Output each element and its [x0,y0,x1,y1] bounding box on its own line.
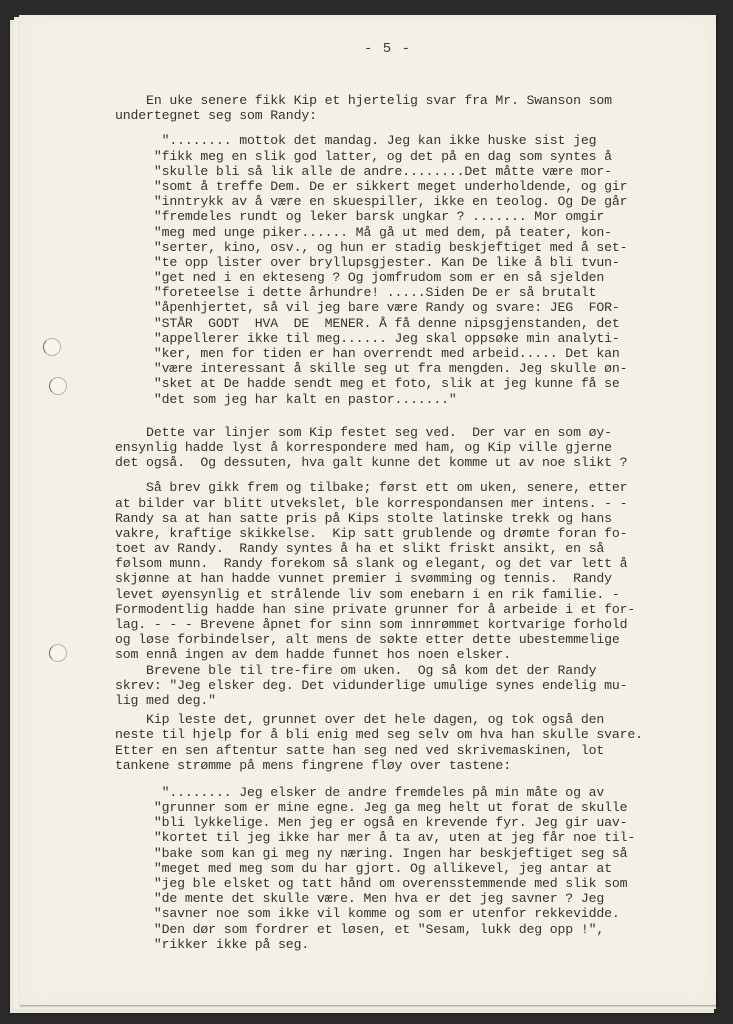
text-line: "åpenhjertet, så vil jeg bare være Randy… [115,300,695,315]
text-line: Så brev gikk frem og tilbake; først ett … [115,480,695,495]
text-line: "bake som kan gi meg ny næring. Ingen ha… [115,846,695,861]
paragraph-spacer [115,123,695,133]
text-line: "kortet til jeg ikke har mer å ta av, ut… [115,830,695,845]
text-line: vakre, kraftige skikkelse. Kip satt grub… [115,526,695,541]
text-line: det også. Og dessuten, hva galt kunne de… [115,455,695,470]
text-line: "jeg ble elsket og tatt hånd om overenss… [115,876,695,891]
text-line: "STÅR GODT HVA DE MENER. Å få denne nips… [115,316,695,331]
text-line: "bli lykkelige. Men jeg er også en kreve… [115,815,695,830]
text-line: "te opp lister over bryllupsgjester. Kan… [115,255,695,270]
text-line: "meg med unge piker...... Må gå ut med d… [115,225,695,240]
text-line: "appellerer ikke til meg...... Jeg skal … [115,331,695,346]
text-line: "være interessant å skille seg ut fra me… [115,361,695,376]
text-line: En uke senere fikk Kip et hjertelig svar… [115,93,695,108]
text-line: Formodentlig hadde han sine private grun… [115,602,695,617]
text-line: "sket at De hadde sendt meg et foto, sli… [115,376,695,391]
punch-hole-icon [43,338,61,356]
document-page: - 5 - En uke senere fikk Kip et hjerteli… [19,15,716,1005]
document-body: En uke senere fikk Kip et hjertelig svar… [115,93,695,952]
text-line: Dette var linjer som Kip festet seg ved.… [115,425,695,440]
text-line: "de mente det skulle være. Men hva er de… [115,891,695,906]
text-line: skrev: "Jeg elsker deg. Det vidunderlige… [115,678,695,693]
text-line: og løse forbindelser, alt mens de søkte … [115,632,695,647]
punch-hole-icon [49,377,67,395]
text-line: levet øyensynlig et strålende liv som en… [115,587,695,602]
page-number: - 5 - [364,41,411,57]
text-line: "inntrykk av å være en skuespiller, ikke… [115,194,695,209]
text-line: skjønne at han hadde vunnet premier i sv… [115,571,695,586]
text-line: "Den dør som fordrer et løsen, et "Sesam… [115,922,695,937]
text-line: "savner noe som ikke vil komme og som er… [115,906,695,921]
paragraph-spacer [115,470,695,480]
paragraph-spacer [115,773,695,785]
text-line: "........ Jeg elsker de andre fremdeles … [115,785,695,800]
text-line: "skulle bli så lik alle de andre........… [115,164,695,179]
text-line: lag. - - - Brevene åpnet for sinn som in… [115,617,695,632]
text-line: tankene strømme på mens fingrene fløy ov… [115,758,695,773]
text-line: "det som jeg har kalt en pastor......." [115,392,695,407]
text-line: "foreteelse i dette århundre! .....Siden… [115,285,695,300]
text-line: at bilder var blitt utvekslet, ble korre… [115,496,695,511]
text-line: som ennå ingen av dem hadde funnet hos n… [115,647,695,662]
paragraph-kip-letter: "........ Jeg elsker de andre fremdeles … [115,785,695,952]
text-line: "fikk meg en slik god latter, og det på … [115,149,695,164]
text-line: "rikker ikke på seg. [115,937,695,952]
text-line: "get ned i en ekteseng ? Og jomfrudom so… [115,270,695,285]
paragraph-paragraph-brev: Så brev gikk frem og tilbake; først ett … [115,480,695,708]
text-line: "grunner som er mine egne. Jeg ga meg he… [115,800,695,815]
paragraph-spacer [115,407,695,425]
text-line: "serter, kino, osv., og hun er stadig be… [115,240,695,255]
paragraph-paragraph-kip-leste: Kip leste det, grunnet over det hele dag… [115,712,695,773]
text-line: Brevene ble til tre-fire om uken. Og så … [115,663,695,678]
text-line: lig med deg." [115,693,695,708]
text-line: Randy sa at han satte pris på Kips stolt… [115,511,695,526]
text-line: ensynlig hadde lyst å korrespondere med … [115,440,695,455]
paragraph-intro: En uke senere fikk Kip et hjertelig svar… [115,93,695,123]
text-line: neste til hjelp for å bli enig med seg s… [115,727,695,742]
text-line: Kip leste det, grunnet over det hele dag… [115,712,695,727]
text-line: Etter en sen aftentur satte han seg ned … [115,743,695,758]
text-line: toet av Randy. Randy syntes å ha et slik… [115,541,695,556]
text-line: "somt å treffe Dem. De er sikkert meget … [115,179,695,194]
paragraph-paragraph-kip-festet: Dette var linjer som Kip festet seg ved.… [115,425,695,471]
paragraph-randy-letter: "........ mottok det mandag. Jeg kan ikk… [115,133,695,406]
text-line: "fremdeles rundt og leker barsk ungkar ?… [115,209,695,224]
text-line: "........ mottok det mandag. Jeg kan ikk… [115,133,695,148]
text-line: "meget med meg som du har gjort. Og alli… [115,861,695,876]
text-line: følsom munn. Randy forekom så slank og e… [115,556,695,571]
text-line: "ker, men for tiden er han overrendt med… [115,346,695,361]
text-line: undertegnet seg som Randy: [115,108,695,123]
punch-hole-icon [49,644,67,662]
